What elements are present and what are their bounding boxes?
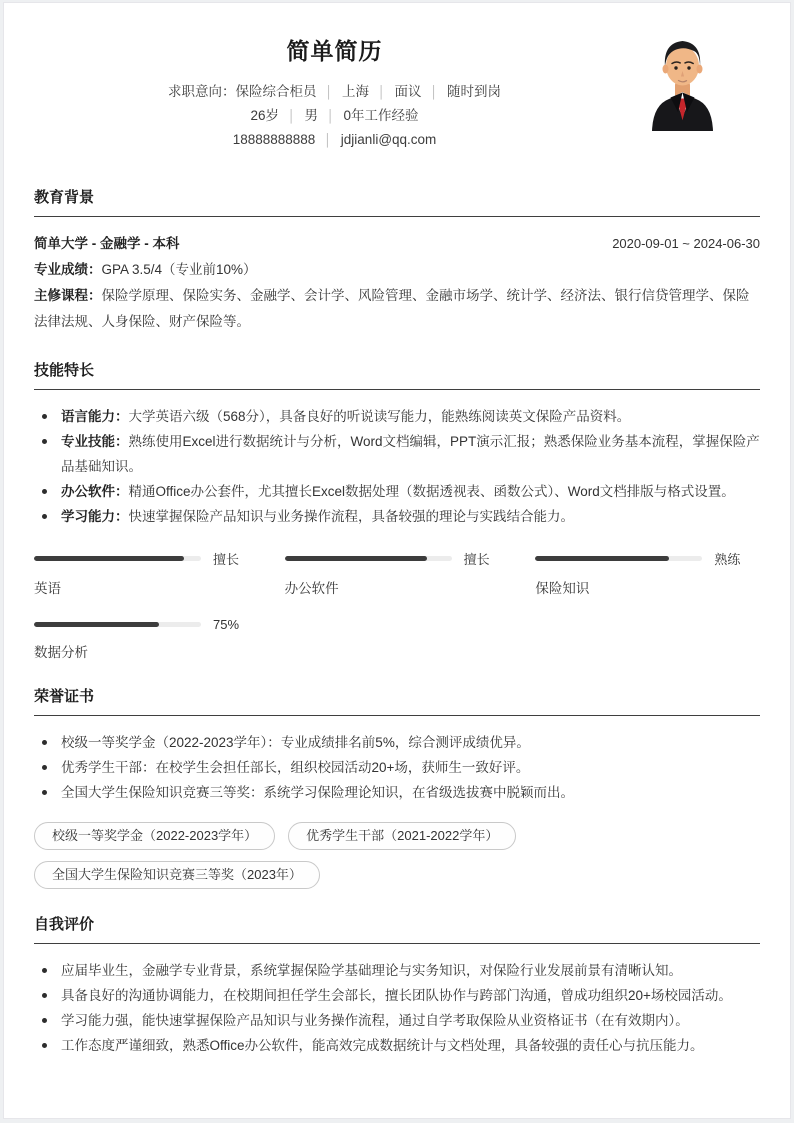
skill-bullet-label: 办公软件： bbox=[61, 484, 129, 499]
skill-name: 保险知识 bbox=[535, 577, 760, 597]
skill-level-label: 擅长 bbox=[213, 549, 239, 568]
honor-tags: 校级一等奖学金（2022-2023学年） 优秀学生干部（2021-2022学年）… bbox=[34, 822, 760, 889]
job-intent-salary: 面议 bbox=[395, 84, 422, 99]
list-item: 语言能力：大学英语六级（568分），具备良好的听说读写能力，能熟练阅读英文保险产… bbox=[34, 404, 760, 429]
separator: │ bbox=[431, 85, 439, 99]
skill-bar-row: 擅长 bbox=[285, 549, 510, 568]
list-item: 工作态度严谨细致，熟悉Office办公软件，能高效完成数据统计与文档处理，具备较… bbox=[34, 1033, 760, 1058]
skill-level-label: 擅长 bbox=[464, 549, 490, 568]
courses-label: 主修课程： bbox=[34, 288, 102, 303]
job-intent-label: 求职意向： bbox=[168, 84, 236, 99]
section-title-evaluation: 自我评价 bbox=[34, 913, 760, 944]
list-item: 具备良好的沟通协调能力，在校期间担任学生会部长，擅长团队协作与跨部门沟通，曾成功… bbox=[34, 983, 760, 1008]
progress-track bbox=[34, 556, 201, 561]
list-item: 学习能力强，能快速掌握保险产品知识与业务操作流程，通过自学考取保险从业资格证书（… bbox=[34, 1008, 760, 1033]
honor-tag: 优秀学生干部（2021-2022学年） bbox=[288, 822, 516, 850]
list-item: 优秀学生干部：在校学生会担任部长，组织校园活动20+场，获师生一致好评。 bbox=[34, 755, 760, 780]
skill-bar-office: 擅长 办公软件 bbox=[285, 549, 510, 597]
contact-phone: 18888888888 bbox=[233, 132, 316, 147]
skill-bar-row: 擅长 bbox=[34, 549, 259, 568]
job-intent-availability: 随时到岗 bbox=[447, 84, 501, 99]
profile-gender: 男 bbox=[305, 108, 319, 123]
profile-experience: 0年工作经验 bbox=[344, 108, 419, 123]
section-title-skills: 技能特长 bbox=[34, 359, 760, 390]
education-date-range: 2020-09-01 ~ 2024-06-30 bbox=[612, 231, 760, 257]
profile-age: 26岁 bbox=[250, 108, 279, 123]
progress-fill bbox=[34, 622, 159, 627]
skill-name: 办公软件 bbox=[285, 577, 510, 597]
skill-level-label: 熟练 bbox=[714, 549, 740, 568]
list-item: 办公软件：精通Office办公套件，尤其擅长Excel数据处理（数据透视表、函数… bbox=[34, 479, 760, 504]
skill-bullet-text: 精通Office办公套件，尤其擅长Excel数据处理（数据透视表、函数公式）、W… bbox=[129, 484, 735, 499]
list-item: 应届毕业生，金融学专业背景，系统掌握保险学基础理论与实务知识，对保险行业发展前景… bbox=[34, 958, 760, 983]
progress-fill bbox=[535, 556, 669, 561]
separator: │ bbox=[288, 109, 296, 123]
education-school-row: 简单大学 - 金融学 - 本科 2020-09-01 ~ 2024-06-30 bbox=[34, 231, 760, 257]
section-title-education: 教育背景 bbox=[34, 186, 760, 217]
skill-bars-grid: 擅长 英语 擅长 办公软件 熟练 保险知识 bbox=[34, 549, 760, 661]
skill-bar-english: 擅长 英语 bbox=[34, 549, 259, 597]
skill-bar-row: 熟练 bbox=[535, 549, 760, 568]
skill-bullet-label: 语言能力： bbox=[61, 409, 129, 424]
separator: │ bbox=[378, 85, 386, 99]
progress-track bbox=[34, 622, 201, 627]
list-item: 专业技能：熟练使用Excel进行数据统计与分析，Word文档编辑，PPT演示汇报… bbox=[34, 429, 760, 479]
courses-row: 主修课程：保险学原理、保险实务、金融学、会计学、风险管理、金融市场学、统计学、经… bbox=[34, 283, 760, 335]
resume-page: 简单简历 求职意向：保险综合柜员│上海│面议│随时到岗 26岁│男│0年工作经验… bbox=[3, 2, 791, 1119]
skill-bullet-text: 大学英语六级（568分），具备良好的听说读写能力，能熟练阅读英文保险产品资料。 bbox=[129, 409, 631, 424]
progress-track bbox=[285, 556, 452, 561]
list-item: 学习能力：快速掌握保险产品知识与业务操作流程，具备较强的理论与实践结合能力。 bbox=[34, 504, 760, 529]
profile-photo bbox=[635, 31, 730, 131]
courses-value: 保险学原理、保险实务、金融学、会计学、风险管理、金融市场学、统计学、经济法、银行… bbox=[34, 288, 750, 329]
skill-bar-insurance: 熟练 保险知识 bbox=[535, 549, 760, 597]
contact-email: jdjianli@qq.com bbox=[341, 132, 437, 147]
honors-bullet-list: 校级一等奖学金（2022-2023学年）：专业成绩排名前5%，综合测评成绩优异。… bbox=[34, 730, 760, 805]
profile-line: 26岁│男│0年工作经验 bbox=[34, 104, 635, 128]
skill-bullet-text: 熟练使用Excel进行数据统计与分析，Word文档编辑，PPT演示汇报；熟悉保险… bbox=[61, 434, 760, 474]
job-intent-city: 上海 bbox=[342, 84, 369, 99]
school-degree: 简单大学 - 金融学 - 本科 bbox=[34, 231, 180, 257]
section-skills: 技能特长 语言能力：大学英语六级（568分），具备良好的听说读写能力，能熟练阅读… bbox=[34, 359, 760, 661]
section-title-honors: 荣誉证书 bbox=[34, 685, 760, 716]
resume-header: 简单简历 求职意向：保险综合柜员│上海│面议│随时到岗 26岁│男│0年工作经验… bbox=[34, 29, 760, 152]
list-item: 校级一等奖学金（2022-2023学年）：专业成绩排名前5%，综合测评成绩优异。 bbox=[34, 730, 760, 755]
skill-bar-data-analysis: 75% 数据分析 bbox=[34, 617, 259, 661]
separator: │ bbox=[324, 133, 332, 147]
job-intent-line: 求职意向：保险综合柜员│上海│面议│随时到岗 bbox=[34, 80, 635, 104]
list-item: 全国大学生保险知识竞赛三等奖：系统学习保险理论知识，在省级选拔赛中脱颖而出。 bbox=[34, 780, 760, 805]
resume-title: 简单简历 bbox=[34, 33, 635, 66]
progress-track bbox=[535, 556, 702, 561]
job-intent-position: 保险综合柜员 bbox=[236, 84, 317, 99]
skill-bullet-text: 快速掌握保险产品知识与业务操作流程，具备较强的理论与实践结合能力。 bbox=[129, 509, 575, 524]
section-evaluation: 自我评价 应届毕业生，金融学专业背景，系统掌握保险学基础理论与实务知识，对保险行… bbox=[34, 913, 760, 1058]
section-honors: 荣誉证书 校级一等奖学金（2022-2023学年）：专业成绩排名前5%，综合测评… bbox=[34, 685, 760, 889]
contact-line: 18888888888│jdjianli@qq.com bbox=[34, 128, 635, 152]
skill-name: 数据分析 bbox=[34, 641, 259, 661]
skills-bullet-list: 语言能力：大学英语六级（568分），具备良好的听说读写能力，能熟练阅读英文保险产… bbox=[34, 404, 760, 529]
separator: │ bbox=[327, 109, 335, 123]
progress-fill bbox=[34, 556, 184, 561]
skill-name: 英语 bbox=[34, 577, 259, 597]
portrait-icon bbox=[635, 31, 730, 131]
separator: │ bbox=[326, 85, 334, 99]
progress-fill bbox=[285, 556, 427, 561]
gpa-row: 专业成绩：GPA 3.5/4（专业前10%） bbox=[34, 257, 760, 283]
header-text-block: 简单简历 求职意向：保险综合柜员│上海│面议│随时到岗 26岁│男│0年工作经验… bbox=[34, 29, 635, 152]
skill-level-label: 75% bbox=[213, 617, 239, 632]
skill-bar-row: 75% bbox=[34, 617, 259, 632]
gpa-label: 专业成绩： bbox=[34, 262, 102, 277]
evaluation-bullet-list: 应届毕业生，金融学专业背景，系统掌握保险学基础理论与实务知识，对保险行业发展前景… bbox=[34, 958, 760, 1058]
honor-tag: 校级一等奖学金（2022-2023学年） bbox=[34, 822, 275, 850]
section-education: 教育背景 简单大学 - 金融学 - 本科 2020-09-01 ~ 2024-0… bbox=[34, 186, 760, 335]
skill-bullet-label: 专业技能： bbox=[61, 434, 129, 449]
gpa-value: GPA 3.5/4（专业前10%） bbox=[102, 262, 257, 277]
honor-tag: 全国大学生保险知识竞赛三等奖（2023年） bbox=[34, 861, 320, 889]
skill-bullet-label: 学习能力： bbox=[61, 509, 129, 524]
